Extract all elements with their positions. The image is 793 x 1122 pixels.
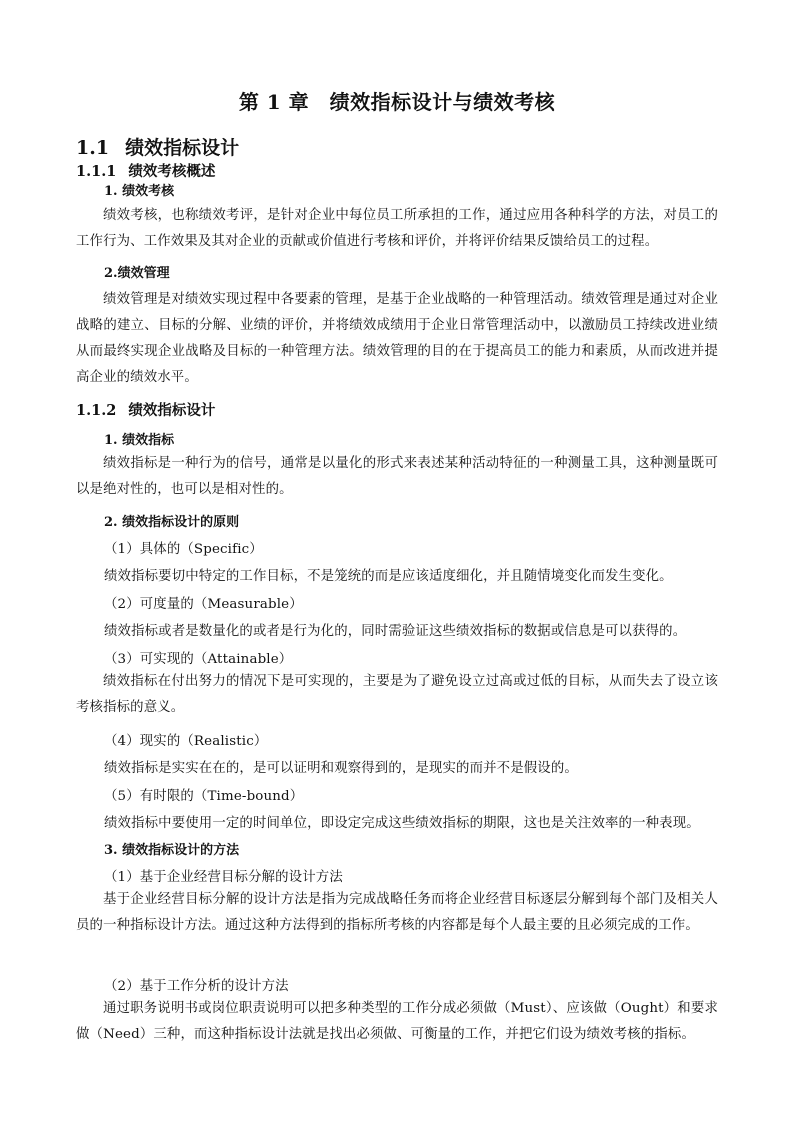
method-label-job-analysis: （2）基于工作分析的设计方法	[104, 975, 289, 994]
section-title: 绩效指标设计	[125, 137, 239, 159]
principle-text-specific: 绩效指标要切中特定的工作目标，不是笼统的而是应该适度细化，并且随情境变化而发生变…	[104, 565, 673, 584]
method-label-goal-decomposition: （1）基于企业经营目标分解的设计方法	[104, 866, 343, 885]
section-number: 1.1.1	[76, 163, 116, 180]
principle-label-time-bound: （5）有时限的（Time-bound）	[104, 785, 303, 804]
section-number: 1.1	[76, 137, 109, 159]
section-heading-1-1-1: 1.1.1绩效考核概述	[76, 160, 215, 181]
section-heading-1-1-2: 1.1.2绩效指标设计	[76, 399, 215, 420]
paragraph-performance-management: 绩效管理是对绩效实现过程中各要素的管理，是基于企业战略的一种管理活动。绩效管理是…	[76, 287, 718, 391]
principle-text-realistic: 绩效指标是实实在在的，是可以证明和观察得到的，是现实的而并不是假设的。	[104, 757, 578, 776]
principle-label-measurable: （2）可度量的（Measurable）	[104, 593, 303, 612]
paragraph-performance-indicator: 绩效指标是一种行为的信号，通常是以量化的形式来表述某种活动特征的一种测量工具，这…	[76, 451, 718, 503]
subheading-performance-management: 2.绩效管理	[104, 262, 170, 281]
section-title: 绩效考核概述	[128, 163, 215, 180]
method-text-job-analysis: 通过职务说明书或岗位职责说明可以把多种类型的工作分成必须做（Must）、应该做（…	[76, 996, 718, 1048]
principle-text-time-bound: 绩效指标中要使用一定的时间单位，即设定完成这些绩效指标的期限，这也是关注效率的一…	[104, 812, 700, 831]
chapter-title: 第 1 章 绩效指标设计与绩效考核	[76, 86, 718, 115]
subheading-performance-appraisal: 1. 绩效考核	[104, 180, 174, 199]
subheading-design-methods: 3. 绩效指标设计的方法	[104, 839, 239, 858]
paragraph-performance-appraisal: 绩效考核，也称绩效考评，是针对企业中每位员工所承担的工作，通过应用各种科学的方法…	[76, 203, 718, 255]
subheading-design-principles: 2. 绩效指标设计的原则	[104, 511, 239, 530]
section-title: 绩效指标设计	[128, 402, 215, 419]
section-number: 1.1.2	[76, 402, 116, 419]
principle-text-attainable: 绩效指标在付出努力的情况下是可实现的，主要是为了避免设立过高或过低的目标，从而失…	[76, 669, 718, 721]
section-heading-1-1: 1.1绩效指标设计	[76, 133, 239, 160]
principle-label-realistic: （4）现实的（Realistic）	[104, 730, 267, 749]
principle-text-measurable: 绩效指标或者是数量化的或者是行为化的，同时需验证这些绩效指标的数据或信息是可以获…	[104, 620, 686, 639]
principle-label-specific: （1）具体的（Specific）	[104, 538, 263, 557]
method-text-goal-decomposition: 基于企业经营目标分解的设计方法是指为完成战略任务而将企业经营目标逐层分解到每个部…	[76, 887, 718, 939]
subheading-performance-indicator: 1. 绩效指标	[104, 429, 174, 448]
principle-label-attainable: （3）可实现的（Attainable）	[104, 648, 292, 667]
